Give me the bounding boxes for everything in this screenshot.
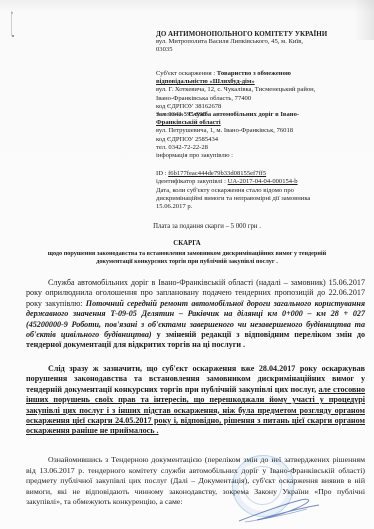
date-known-text: Дата, коли суб'єкту оскарження стало від… [156, 187, 371, 195]
complaint-fee: Плата за подання скарги – 5 000 грн . [0, 223, 374, 230]
customer-block: Замовник : Служба автомобільних доріг в … [156, 111, 371, 160]
customer-address: вул. Петрушевича, 1, м. Івано-Франківськ… [156, 127, 371, 135]
subject-edrpou: код ЄДРПОУ 38162678 [156, 103, 371, 111]
recipient-postcode: 03035 [156, 46, 371, 54]
complaint-subtitle-line: щодо порушення законодавства та встановл… [20, 250, 354, 258]
paragraph-2: Слід зразу ж зазначити, що суб'єкт оскар… [26, 364, 365, 437]
tender-id-label: ідентифікатор закупівлі : [156, 178, 228, 185]
scan-mark [11, 11, 12, 36]
subject-region: Івано-Франківська область, 77400 [156, 95, 371, 103]
signature [235, 495, 325, 525]
customer-name-cont: Франківській області [156, 119, 221, 126]
complaint-subtitle: щодо порушення законодавства та встановл… [20, 250, 354, 266]
complaint-title: СКАРГА [0, 240, 374, 247]
customer-phone: тел. 0342-72-22-28 [156, 144, 371, 152]
scan-mark [12, 35, 14, 37]
customer-label: Замовник : [156, 111, 188, 118]
scan-mark [11, 12, 13, 14]
document-page: ДО АНТИМОНОПОЛЬНОГО КОМІТЕТУ УКРАЇНИ вул… [0, 0, 374, 529]
customer-name: Служба автомобільних доріг в Івано- [188, 111, 299, 118]
customer-edrpou: код ЄДРПОУ 2585434 [156, 136, 371, 144]
paragraph-1: Служба автомобільних доріг в Івано-Франк… [26, 278, 365, 351]
date-known-value: 15.06.2017 р. [156, 203, 371, 211]
subject-name-cont: відповідальністю «Шляхбуд-дім» [156, 78, 255, 85]
tender-id-link[interactable]: UA-2017-04-04-000154-b [228, 178, 298, 185]
complaint-subtitle-line: документації конкурсних торгів при публі… [20, 258, 354, 266]
procurement-info-label: інформація про закупівлю : [156, 152, 371, 160]
subject-address: вул. Г. Хоткевича, 12, с. Чукалівка, Тис… [156, 86, 371, 94]
procurement-block: ID : f6b177feac444de79b33d08155ef7ff5 ід… [156, 162, 371, 211]
subject-name: Товариство з обмеженою [217, 70, 291, 77]
subject-label: Суб'єкт оскарження : [156, 70, 217, 77]
date-known-text-cont: дискримінаційні вимоги та неправомірні д… [156, 195, 371, 203]
procurement-id-link[interactable]: f6b177feac444de79b33d08155ef7ff5 [168, 170, 266, 177]
procurement-id-label: ID : [156, 170, 168, 177]
recipient-block: ДО АНТИМОНОПОЛЬНОГО КОМІТЕТУ УКРАЇНИ вул… [156, 30, 371, 55]
recipient-title: ДО АНТИМОНОПОЛЬНОГО КОМІТЕТУ УКРАЇНИ [156, 30, 371, 38]
recipient-address: вул. Митрополита Василя Липківського, 45… [156, 38, 371, 46]
paragraph-text: Слід зразу ж зазначити, що суб'єкт оскар… [26, 364, 365, 394]
